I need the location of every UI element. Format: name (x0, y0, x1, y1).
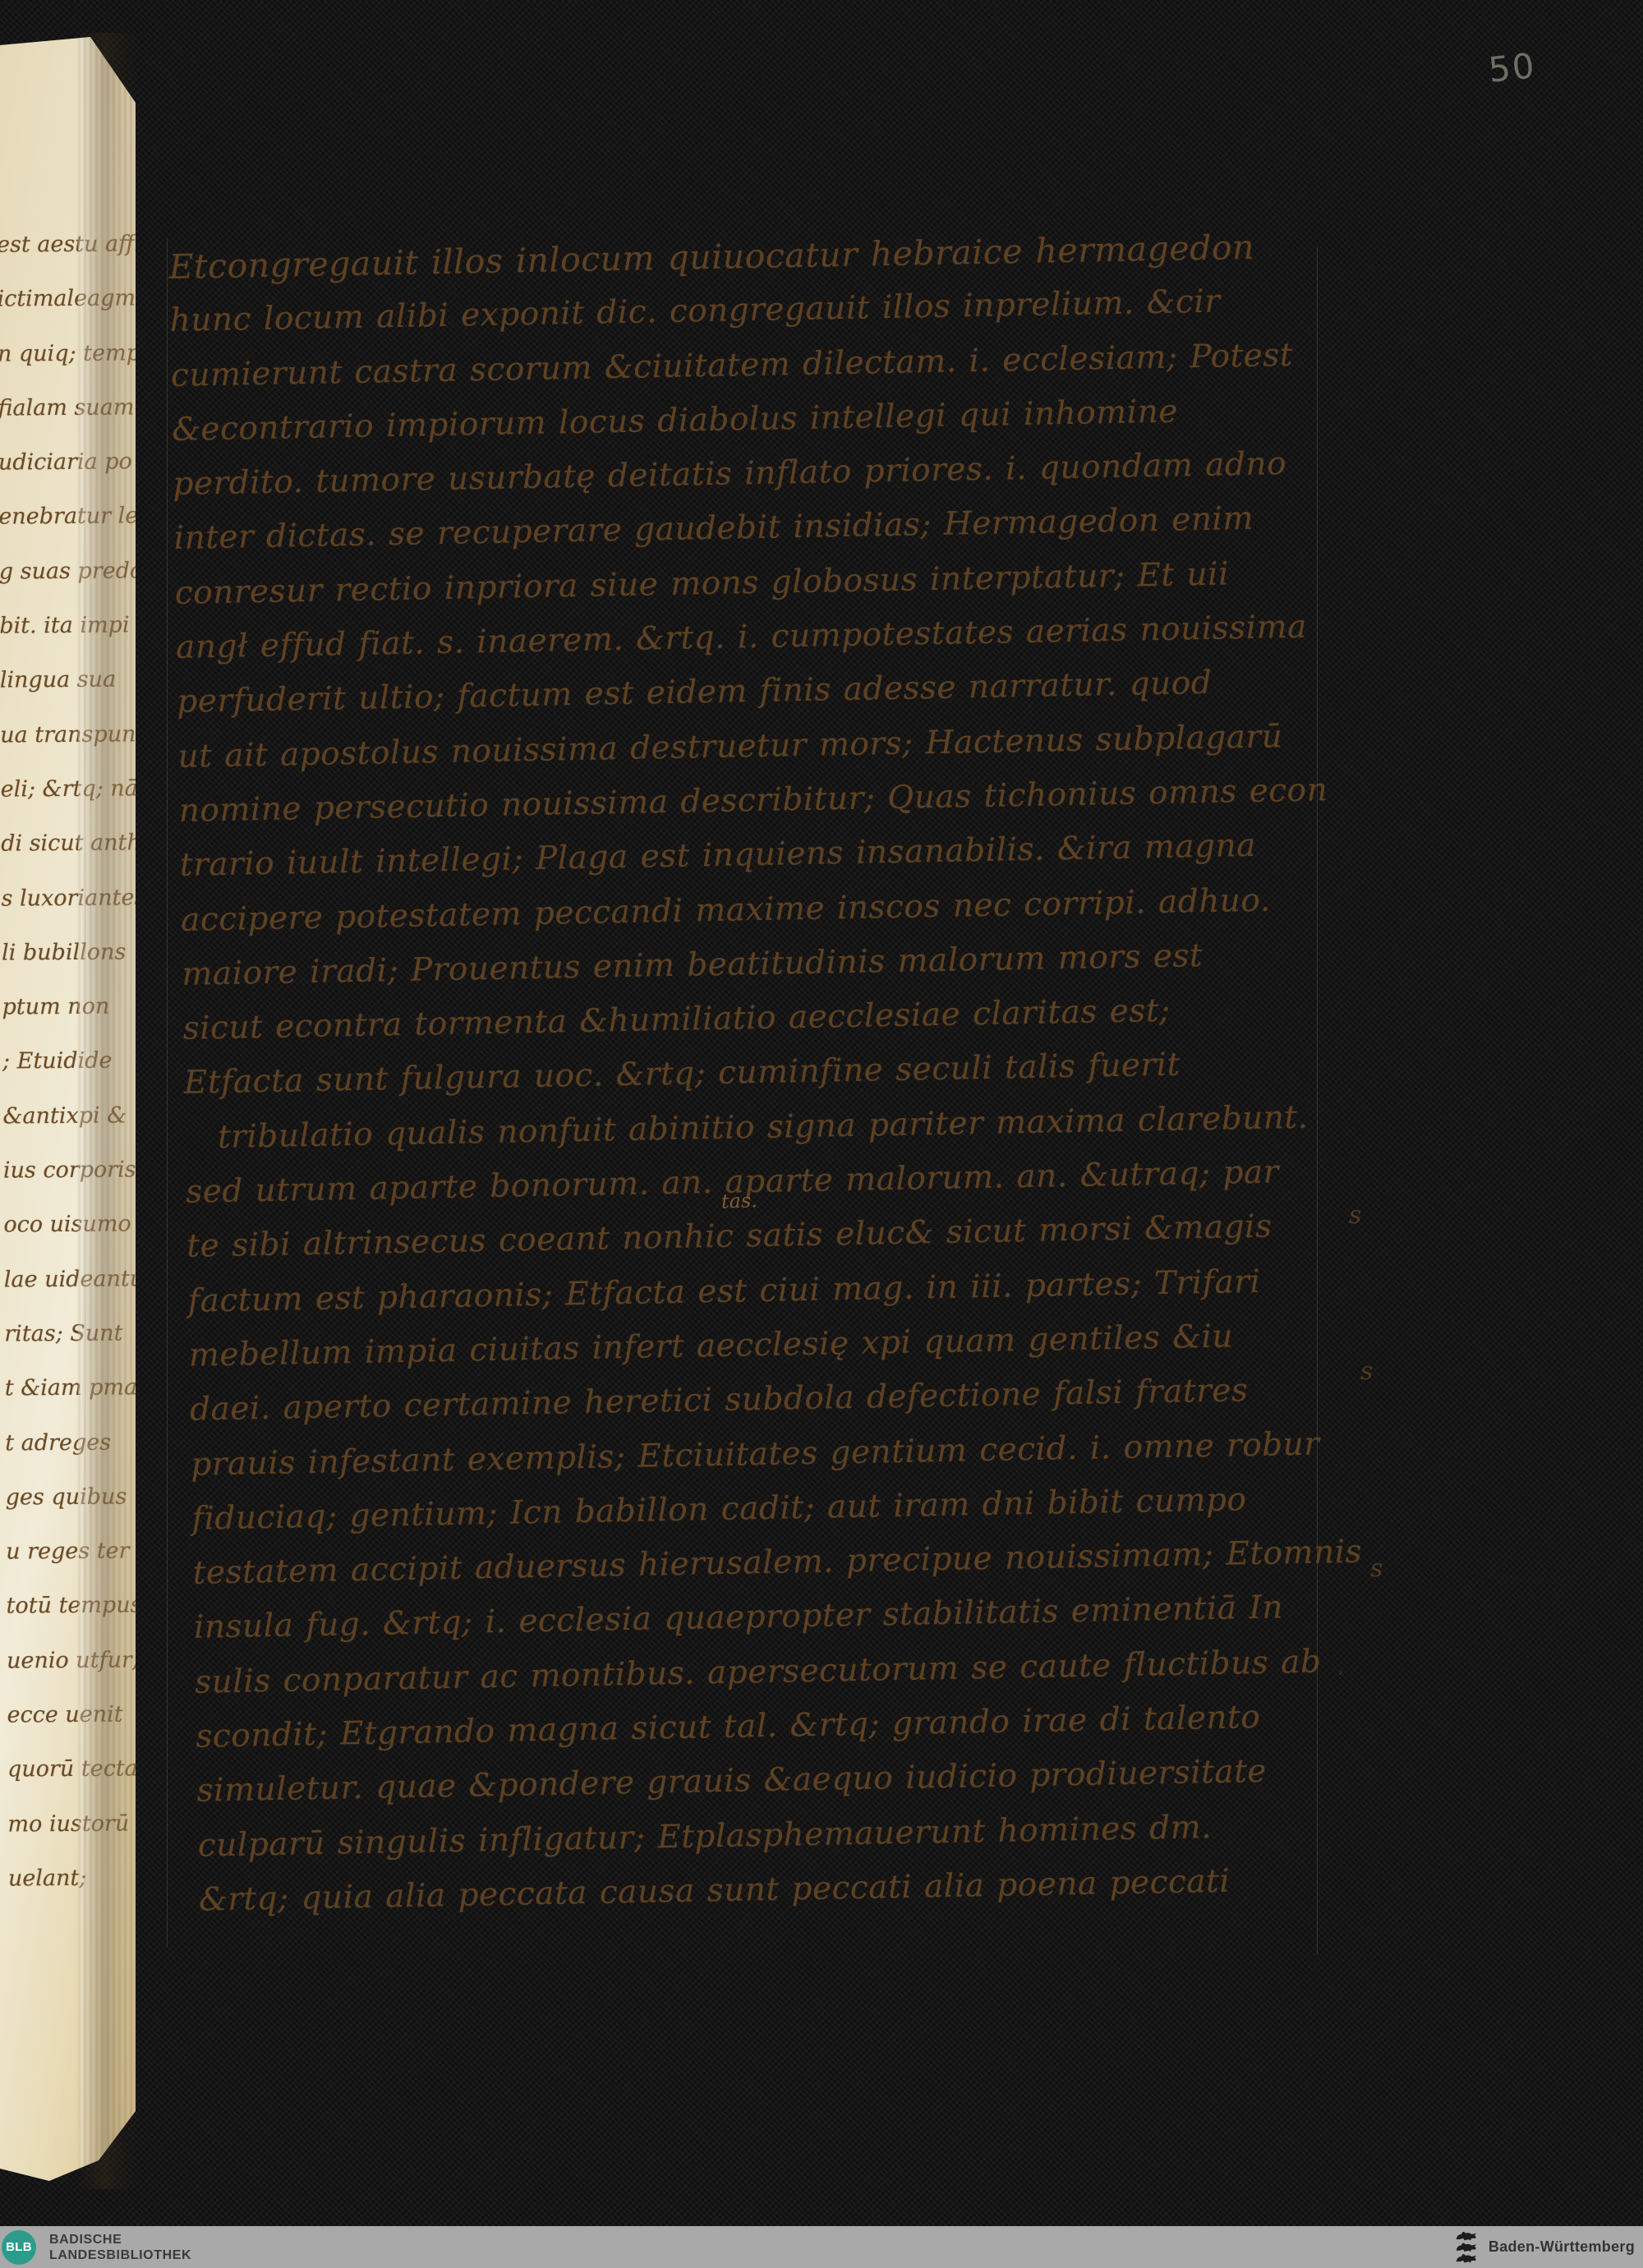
folio-number: 50 (1487, 45, 1538, 90)
facing-page-line: uelant; (8, 1851, 140, 1906)
facing-page-line: di sicut anthi (1, 817, 132, 872)
facing-page-line: lae uideantur (4, 1252, 136, 1307)
blb-name-line1: BADISCHE (49, 2232, 191, 2247)
facing-page-line: li bubillons (2, 925, 133, 980)
footer-bar: BLB BADISCHE LANDESBIBLIOTHEK Baden-Würt… (0, 2226, 1643, 2268)
blb-abbr: BLB (6, 2240, 32, 2254)
facing-page-line: u reges ter (6, 1525, 137, 1580)
facing-page-line: mo iustorū (7, 1796, 139, 1852)
margin-mark: s (1349, 1201, 1361, 1230)
facing-page-line: eli; &rtq; nā (0, 761, 131, 817)
facing-page-line: ritas; Sunt (4, 1306, 136, 1361)
facing-page-line: oco uisumo (3, 1198, 135, 1253)
facing-page-line: ges quibus (5, 1470, 136, 1525)
blb-library-name: BADISCHE LANDESBIBLIOTHEK (49, 2232, 191, 2263)
facing-page-line: ptum non (2, 980, 133, 1035)
facing-page-line: ; Etuidide (2, 1034, 134, 1089)
blb-circle-icon: BLB (2, 2230, 36, 2265)
facing-page-line: quorū tecta (7, 1742, 139, 1797)
interlinear-correction: tas. (721, 1189, 758, 1213)
facing-page-line: totū tempus (6, 1579, 137, 1634)
facing-page-line: ua transpunc (0, 707, 131, 762)
bw-state-label: Baden-Württemberg (1489, 2238, 1635, 2256)
bw-coat-of-arms-icon (1454, 2230, 1479, 2265)
blb-name-line2: LANDESBIBLIOTHEK (49, 2247, 191, 2263)
margin-mark: s (1360, 1357, 1373, 1386)
facing-page-line: ius corporis (3, 1143, 135, 1198)
margin-mark: ʼ (1337, 1668, 1342, 1687)
facing-page-line: &antixpi & (2, 1088, 134, 1143)
facing-page-line: t adreges (5, 1415, 136, 1470)
baden-wuerttemberg-logo: Baden-Württemberg (1454, 2230, 1635, 2265)
facing-page-line: lingua sua (0, 653, 131, 708)
manuscript-photo-page: { "page": { "folio_number": "50", "descr… (0, 0, 1643, 2268)
facing-page-line: t &iam pma (5, 1361, 136, 1416)
margin-mark: s (1370, 1554, 1383, 1583)
blb-library-logo: BLB BADISCHE LANDESBIBLIOTHEK (2, 2230, 191, 2265)
facing-page-line: s luxoriantes. (1, 871, 132, 926)
facing-page-line: uenio utfur; (7, 1633, 138, 1688)
facing-page-line: ecce uenit (7, 1687, 138, 1742)
manuscript-text-block: Etcongregauit illos inlocum quiuocatur h… (168, 218, 1390, 1927)
